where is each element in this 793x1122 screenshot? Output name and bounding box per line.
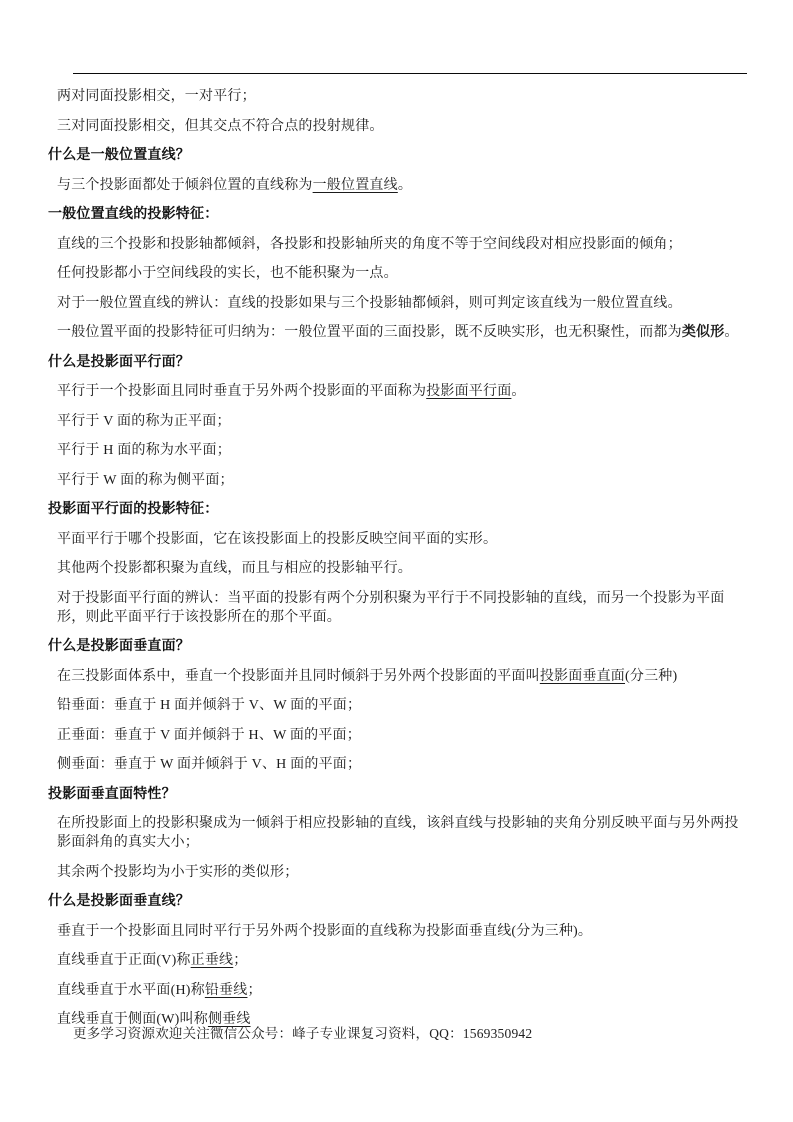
text-run: 一般位置平面的投影特征可归纳为：一般位置平面的三面投影，既不反映实形，也无积聚性…: [57, 325, 682, 340]
paragraph: 正垂面：垂直于 V 面并倾斜于 H、W 面的平面；: [48, 726, 748, 745]
paragraph: 对于一般位置直线的辨认：直线的投影如果与三个投影轴都倾斜，则可判定该直线为一般位…: [48, 294, 748, 313]
underlined-term: 一般位置直线: [313, 178, 398, 193]
text-run: ；: [233, 953, 247, 968]
paragraph: 在所投影面上的投影积聚成为一倾斜于相应投影轴的直线，该斜直线与投影轴的夹角分别反…: [48, 814, 748, 852]
paragraph: 其他两个投影都积聚为直线，而且与相应的投影轴平行。: [48, 559, 748, 578]
paragraph: 平行于 W 面的称为侧平面；: [48, 471, 748, 490]
text-run: 什么是投影面平行面？: [48, 355, 190, 370]
paragraph: 一般位置平面的投影特征可归纳为：一般位置平面的三面投影，既不反映实形，也无积聚性…: [48, 323, 748, 342]
paragraph: 侧垂面：垂直于 W 面并倾斜于 V、H 面的平面；: [48, 755, 748, 774]
text-run: 直线的三个投影和投影轴都倾斜，各投影和投影轴所夹的角度不等于空间线段对相应投影面…: [57, 237, 682, 252]
paragraph: 任何投影都小于空间线段的实长，也不能积聚为一点。: [48, 264, 748, 283]
text-run: 两对同面投影相交，一对平行；: [57, 89, 256, 104]
paragraph: 两对同面投影相交，一对平行；: [48, 87, 748, 106]
section-heading: 投影面垂直面特性？: [48, 785, 748, 804]
paragraph: 三对同面投影相交，但其交点不符合点的投射规律。: [48, 117, 748, 136]
text-run: 直线垂直于水平面(H)称: [57, 983, 205, 998]
section-heading: 一般位置直线的投影特征：: [48, 205, 748, 224]
section-heading: 什么是投影面垂直线？: [48, 892, 748, 911]
text-run: 在三投影面体系中，垂直一个投影面并且同时倾斜于另外两个投影面的平面叫: [57, 669, 540, 684]
text-run: 一般位置直线的投影特征：: [48, 207, 218, 222]
text-run: (分三种): [625, 669, 677, 684]
text-run: 平行于 H 面的称为水平面；: [57, 443, 231, 458]
text-run: 。: [511, 384, 525, 399]
paragraph: 平行于 V 面的称为正平面；: [48, 412, 748, 431]
text-run: 平行于 W 面的称为侧平面；: [57, 473, 234, 488]
text-run: 与三个投影面都处于倾斜位置的直线称为: [57, 178, 313, 193]
document-body: 两对同面投影相交，一对平行；三对同面投影相交，但其交点不符合点的投射规律。什么是…: [48, 87, 748, 1040]
paragraph: 铅垂面：垂直于 H 面并倾斜于 V、W 面的平面；: [48, 696, 748, 715]
section-heading: 投影面平行面的投影特征：: [48, 500, 748, 519]
text-run: 垂直于一个投影面且同时平行于另外两个投影面的直线称为投影面垂直线(分为三种)。: [57, 924, 592, 939]
text-run: 任何投影都小于空间线段的实长，也不能积聚为一点。: [57, 266, 398, 281]
text-run: 其余两个投影均为小于实形的类似形；: [57, 865, 298, 880]
text-run: 什么是投影面垂直线？: [48, 894, 190, 909]
header-rule-line: [73, 73, 747, 74]
underlined-term: 投影面垂直面: [540, 669, 625, 684]
text-run: 直线垂直于正面(V)称: [57, 953, 191, 968]
document-page: 两对同面投影相交，一对平行；三对同面投影相交，但其交点不符合点的投射规律。什么是…: [0, 0, 793, 1122]
section-heading: 什么是投影面平行面？: [48, 353, 748, 372]
text-run: 正垂面：垂直于 V 面并倾斜于 H、W 面的平面；: [57, 728, 361, 743]
section-heading: 什么是投影面垂直面？: [48, 637, 748, 656]
paragraph: 垂直于一个投影面且同时平行于另外两个投影面的直线称为投影面垂直线(分为三种)。: [48, 922, 748, 941]
paragraph: 与三个投影面都处于倾斜位置的直线称为一般位置直线。: [48, 176, 748, 195]
paragraph: 直线垂直于正面(V)称正垂线；: [48, 951, 748, 970]
paragraph: 其余两个投影均为小于实形的类似形；: [48, 863, 748, 882]
text-run: 三对同面投影相交，但其交点不符合点的投射规律。: [57, 119, 384, 134]
underlined-term: 正垂线: [191, 953, 234, 968]
text-run: 什么是一般位置直线？: [48, 148, 190, 163]
underlined-term: 投影面平行面: [426, 384, 511, 399]
text-run: 平行于一个投影面且同时垂直于另外两个投影面的平面称为: [57, 384, 426, 399]
text-run: 。: [724, 325, 738, 340]
paragraph: 平行于一个投影面且同时垂直于另外两个投影面的平面称为投影面平行面。: [48, 382, 748, 401]
text-run: 侧垂面：垂直于 W 面并倾斜于 V、H 面的平面；: [57, 757, 361, 772]
text-run: 投影面垂直面特性？: [48, 787, 176, 802]
paragraph: 对于投影面平行面的辨认：当平面的投影有两个分别积聚为平行于不同投影轴的直线，而另…: [48, 589, 748, 627]
paragraph: 直线垂直于水平面(H)称铅垂线；: [48, 981, 748, 1000]
footer-note: 更多学习资源欢迎关注微信公众号：峰子专业课复习资料，QQ：1569350942: [73, 1025, 753, 1043]
text-run: 平行于 V 面的称为正平面；: [57, 414, 231, 429]
paragraph: 直线的三个投影和投影轴都倾斜，各投影和投影轴所夹的角度不等于空间线段对相应投影面…: [48, 235, 748, 254]
text-run: 什么是投影面垂直面？: [48, 639, 190, 654]
text-run: 。: [398, 178, 412, 193]
text-run: 在所投影面上的投影积聚成为一倾斜于相应投影轴的直线，该斜直线与投影轴的夹角分别反…: [57, 816, 739, 850]
section-heading: 什么是一般位置直线？: [48, 146, 748, 165]
underlined-term: 铅垂线: [205, 983, 248, 998]
paragraph: 平行于 H 面的称为水平面；: [48, 441, 748, 460]
text-run: 铅垂面：垂直于 H 面并倾斜于 V、W 面的平面；: [57, 698, 361, 713]
paragraph: 在三投影面体系中，垂直一个投影面并且同时倾斜于另外两个投影面的平面叫投影面垂直面…: [48, 667, 748, 686]
text-run: 投影面平行面的投影特征：: [48, 502, 218, 517]
text-run: 平面平行于哪个投影面，它在该投影面上的投影反映空间平面的实形。: [57, 532, 497, 547]
bold-term: 类似形: [682, 325, 725, 340]
text-run: 其他两个投影都积聚为直线，而且与相应的投影轴平行。: [57, 561, 412, 576]
paragraph: 平面平行于哪个投影面，它在该投影面上的投影反映空间平面的实形。: [48, 530, 748, 549]
text-run: 对于一般位置直线的辨认：直线的投影如果与三个投影轴都倾斜，则可判定该直线为一般位…: [57, 296, 682, 311]
text-run: ；: [247, 983, 261, 998]
text-run: 对于投影面平行面的辨认：当平面的投影有两个分别积聚为平行于不同投影轴的直线，而另…: [57, 591, 724, 625]
